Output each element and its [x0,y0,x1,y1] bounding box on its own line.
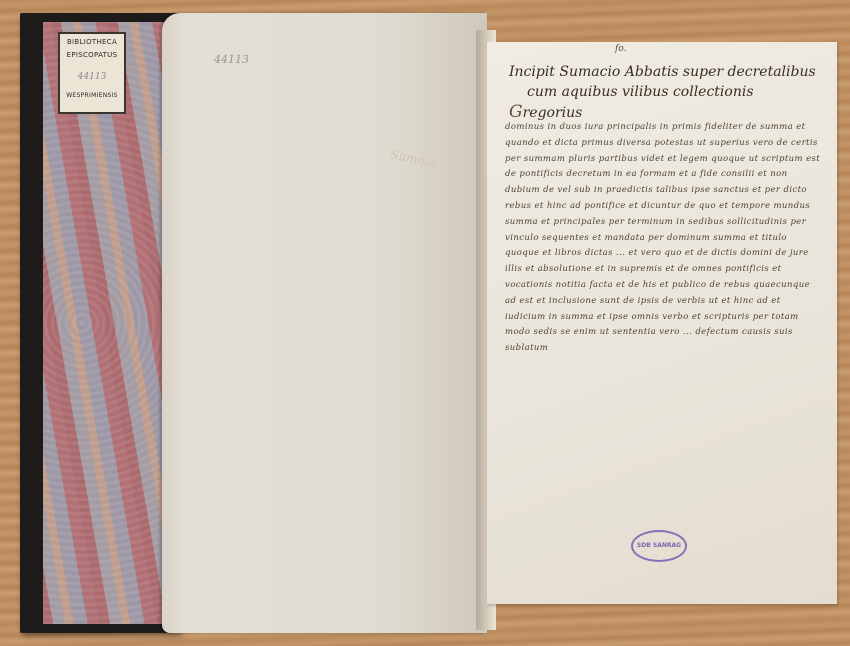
bookplate-line3: WESPRIMIENSIS [60,92,124,99]
manuscript-page: fo. Incipit Sumacio Abbatis super decret… [487,42,837,604]
pencil-shelfmark: 44113 [214,53,249,66]
incipit-title: Incipit Sumacio Abbatis super decretalib… [509,62,829,123]
bookplate-label: BIBLIOTHECA EPISCOPATUS 44113 WESPRIMIEN… [58,32,126,114]
library-stamp: SDB SANRAG [631,530,687,562]
bookplate-line2: EPISCOPATUS [60,51,124,60]
flyleaf-page: 44113 Summa... [162,13,487,633]
bookplate-number: 44113 [60,72,124,82]
folio-mark: fo. [615,44,626,54]
bookplate-line1: BIBLIOTHECA [60,38,124,47]
decorated-initial: G [509,102,523,122]
first-word: regorius [523,105,583,121]
faint-inscription: Summa... [389,147,448,173]
title-line-2: cum aquibus vilibus collectionis [509,82,829,102]
title-line-1: Incipit Sumacio Abbatis super decretalib… [509,62,829,82]
manuscript-body-text: dominus in duos iura principalis in prim… [505,120,821,357]
